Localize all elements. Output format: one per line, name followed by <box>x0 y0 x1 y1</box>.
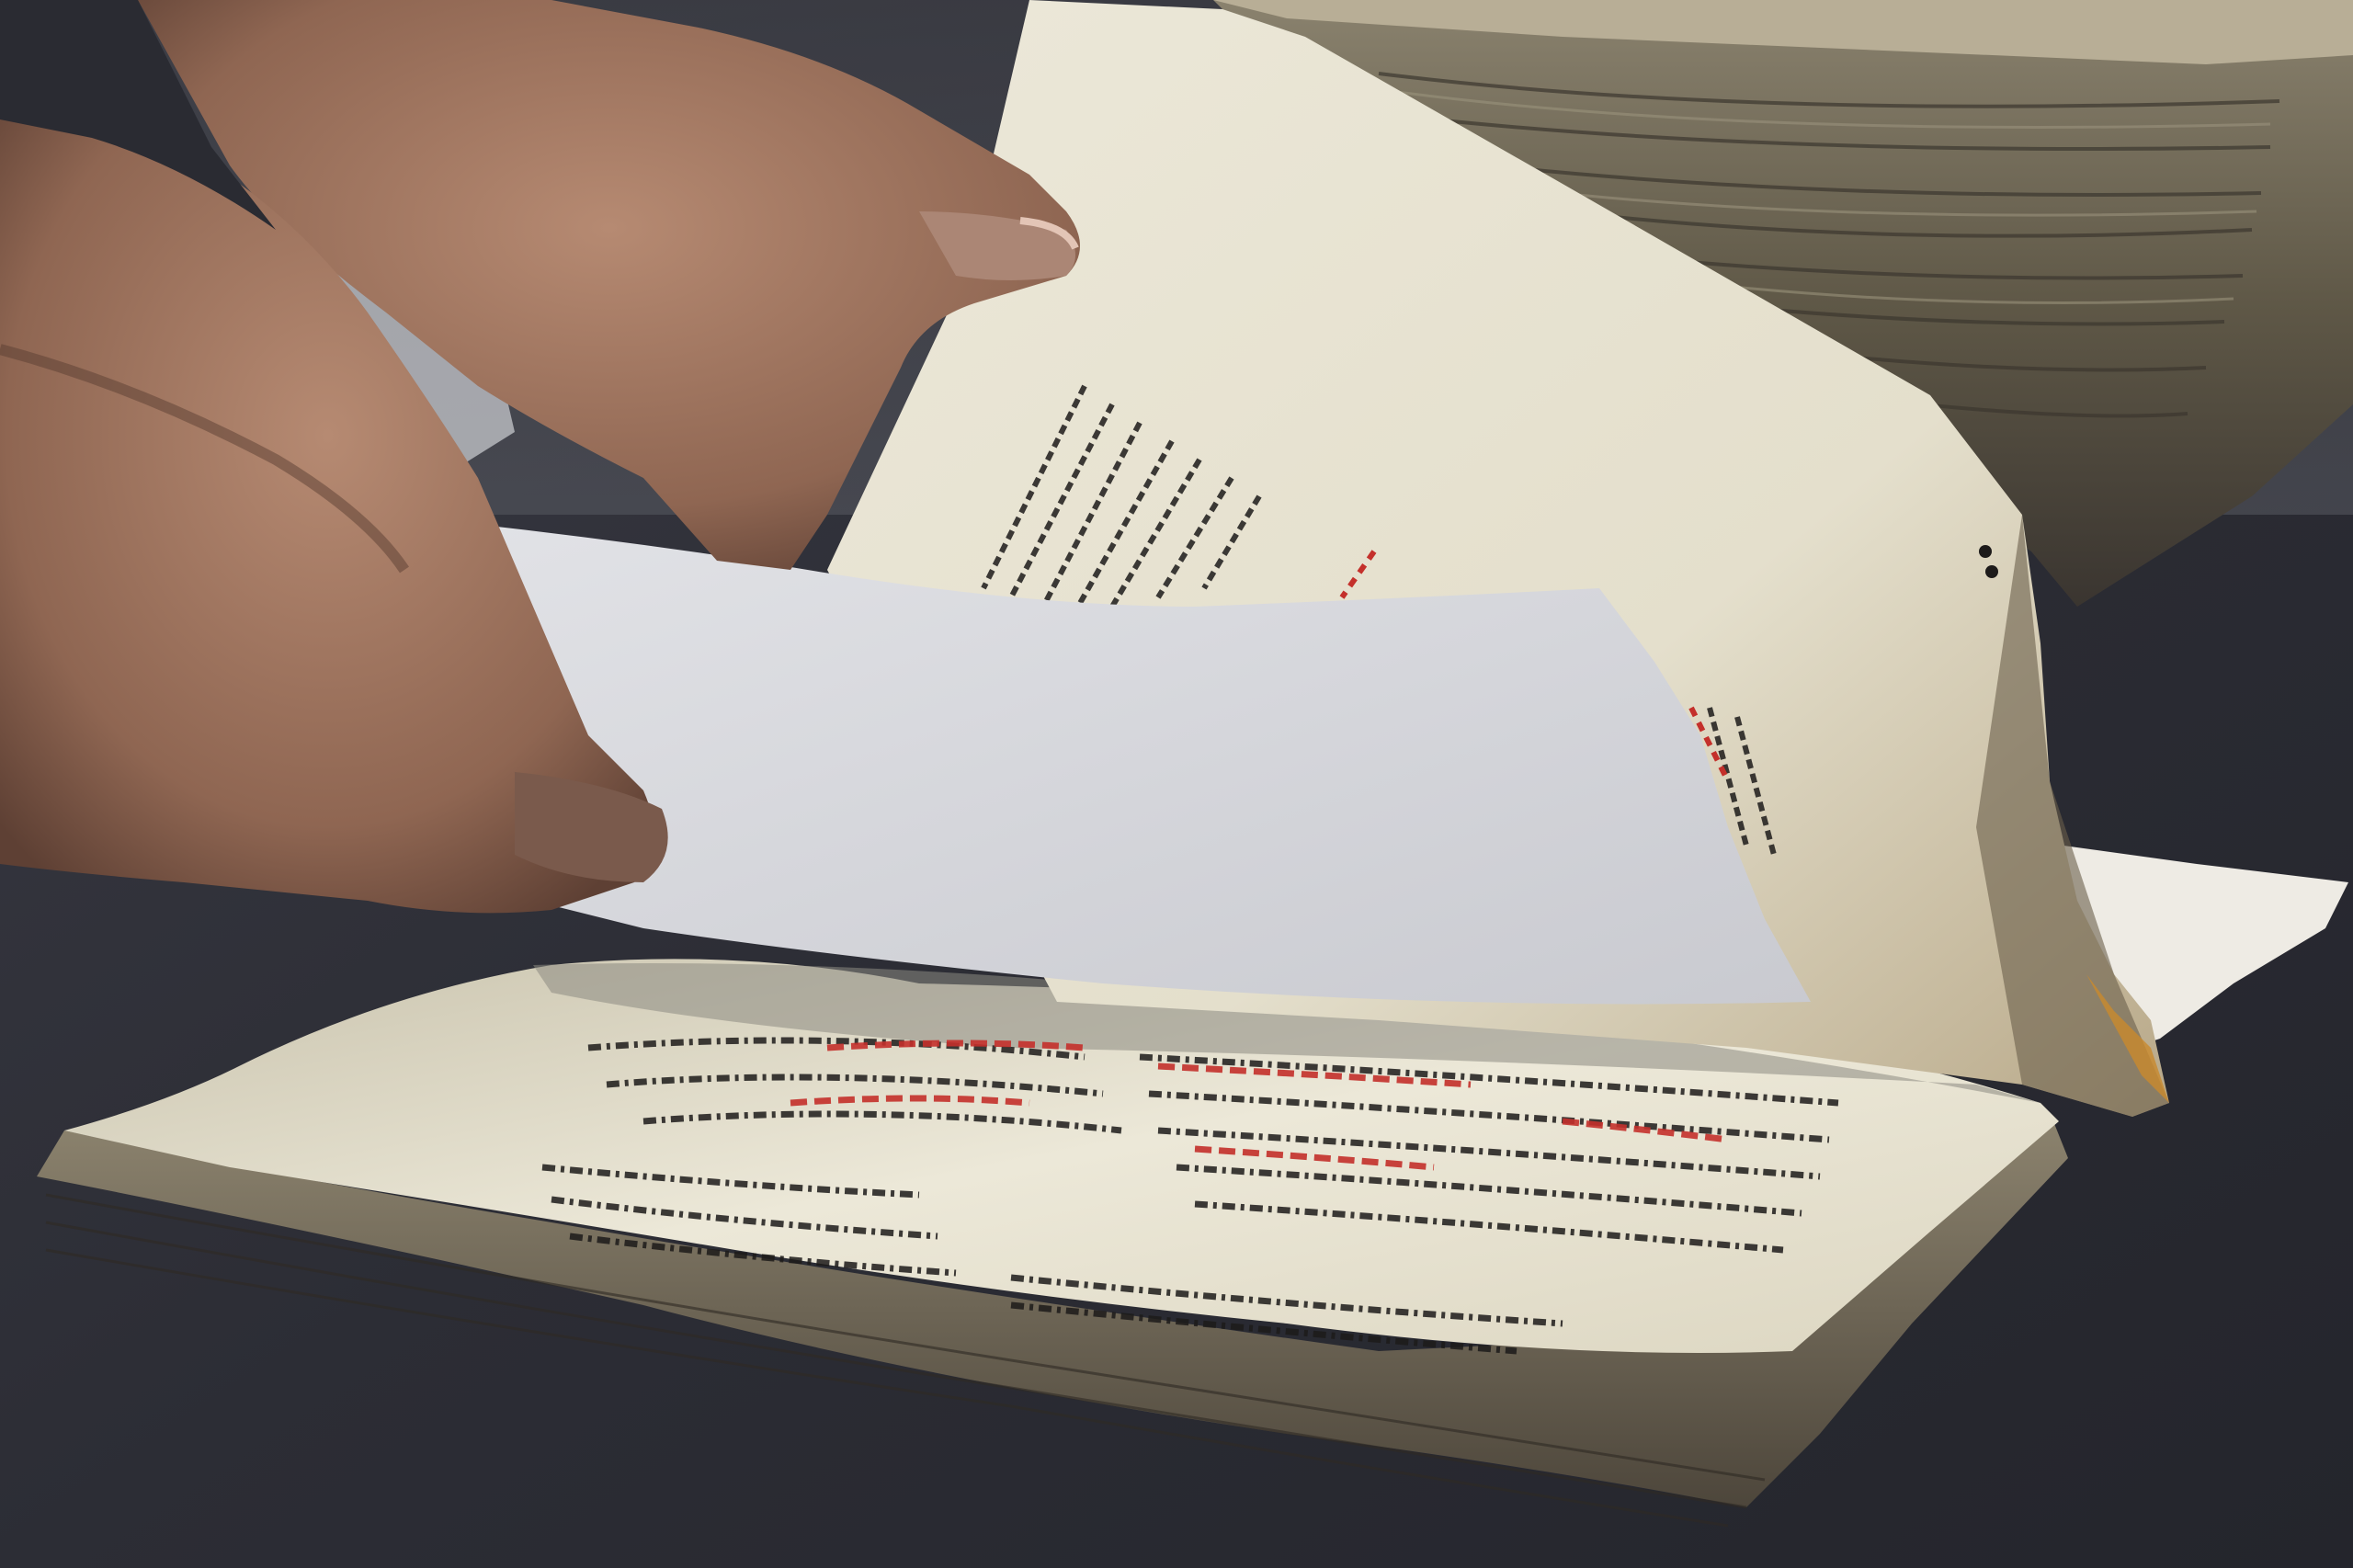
manuscript-photo: Hands turning pages of an old handwritte… <box>0 0 2353 1568</box>
photo-illustration <box>0 0 2353 1568</box>
